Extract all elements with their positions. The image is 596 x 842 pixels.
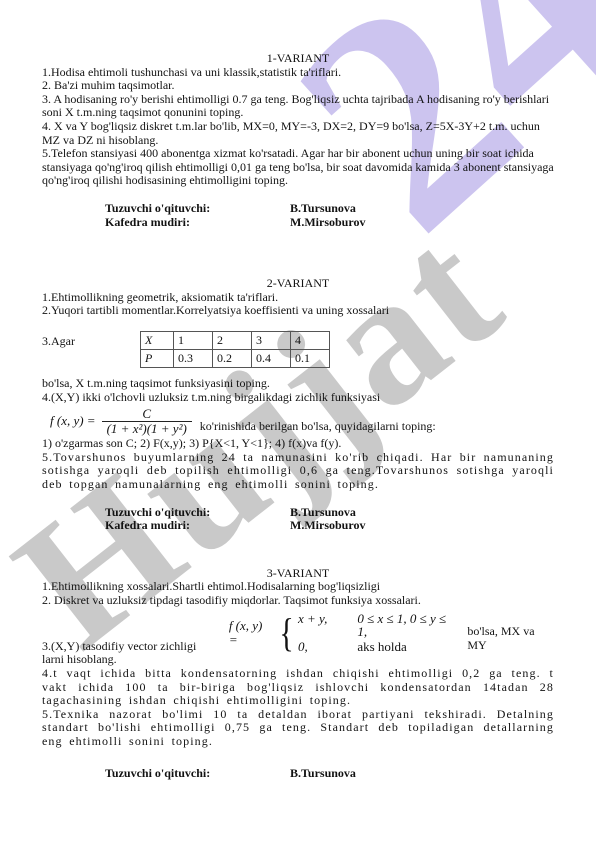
v2-item-5: 5.Tovarshunos buyumlarning 24 ta namunas… <box>42 451 554 492</box>
v2-item-4-list: 1) o'zgarmas son C; 2) F(x,y); 3) P{X<1,… <box>42 437 554 451</box>
piecewise-lhs: f (x, y) = <box>229 619 273 646</box>
v1-item-4: 4. X va Y bog'liqsiz diskret t.m.lar bo'… <box>42 120 554 147</box>
v1-signature-row-teacher: Tuzuvchi o'qituvchi: B.Tursunova <box>42 202 554 216</box>
case-1-condition: 0 ≤ x ≤ 1, 0 ≤ y ≤ 1, <box>357 612 453 639</box>
v2-item-3-suffix: bo'lsa, X t.m.ning taqsimot funksiyasini… <box>42 377 554 391</box>
variant-2-title: 2-VARIANT <box>42 277 554 291</box>
v1-teacher-name: B.Tursunova <box>290 202 356 216</box>
variant-2-section: 2-VARIANT 1.Ehtimollikning geometrik, ak… <box>42 277 554 533</box>
v1-signature-block: Tuzuvchi o'qituvchi: B.Tursunova Kafedra… <box>42 202 554 229</box>
v2-head-name: M.Mirsoburov <box>290 519 365 533</box>
curly-brace: { <box>279 615 293 651</box>
fraction-denominator: (1 + x²)(1 + y²) <box>102 421 192 436</box>
v2-item-4-intro: 4.(X,Y) ikki o'lchovli uzluksiz t.m.ning… <box>42 391 554 405</box>
v1-item-3: 3. A hodisaning ro'y berishi ehtimolligi… <box>42 93 554 120</box>
v2-item-4-after: ko'rinishida berilgan bo'lsa, quyidagila… <box>200 420 436 436</box>
v2-item-3-prefix: 3.Agar <box>42 331 100 349</box>
v2-item-1: 1.Ehtimollikning geometrik, aksiomatik t… <box>42 291 554 305</box>
table-cell: 0.4 <box>252 349 291 367</box>
v1-teacher-label: Tuzuvchi o'qituvchi: <box>105 202 290 216</box>
v3-item-4: 4.t vaqt ichida bitta kondensatorning is… <box>42 667 554 708</box>
v1-item-5: 5.Telefon stansiyasi 400 abonentga xizma… <box>42 147 554 188</box>
case-1-expression: x + y, <box>298 612 327 639</box>
v3-item-3-continuation: larni hisoblang. <box>42 653 554 667</box>
table-row-p: P 0.3 0.2 0.4 0.1 <box>141 349 330 367</box>
v3-signature-row-teacher: Tuzuvchi o'qituvchi: B.Tursunova <box>42 767 554 781</box>
v3-item-3-right: bo'lsa, MX va MY <box>467 625 554 653</box>
document-page: Hujjat 24 1-VARIANT 1.Hodisa ehtimoli tu… <box>0 0 596 842</box>
v1-item-1: 1.Hodisa ehtimoli tushunchasi va uni kla… <box>42 66 554 80</box>
v2-head-label: Kafedra mudiri: <box>105 519 290 533</box>
variant-3-section: 3-VARIANT 1.Ehtimollikning xossalari.Sha… <box>42 567 554 780</box>
v3-item-1: 1.Ehtimollikning xossalari.Shartli ehtim… <box>42 580 554 594</box>
table-cell: 0.3 <box>174 349 213 367</box>
v2-item-3: 3.Agar X 1 2 3 4 P 0.3 0.2 0.4 <box>42 331 554 368</box>
v3-item-3-left: 3.(X,Y) tasodifiy vector zichligi <box>42 640 229 654</box>
v1-item-2: 2. Ba'zi muhim taqsimotlar. <box>42 79 554 93</box>
table-cell: 3 <box>252 331 291 349</box>
v1-head-label: Kafedra mudiri: <box>105 216 290 230</box>
density-formula: f (x, y) = C (1 + x²)(1 + y²) <box>50 407 192 435</box>
piecewise-cases: x + y, 0 ≤ x ≤ 1, 0 ≤ y ≤ 1, 0, aks hold… <box>298 612 453 654</box>
v2-teacher-name: B.Tursunova <box>290 506 356 520</box>
case-2-condition: aks holda <box>357 640 453 654</box>
table-cell: P <box>141 349 174 367</box>
formula-lhs: f (x, y) = <box>50 414 96 428</box>
v3-item-3: 3.(X,Y) tasodifiy vector zichligi f (x, … <box>42 612 554 654</box>
fraction-numerator: C <box>142 407 151 421</box>
v2-signature-block: Tuzuvchi o'qituvchi: B.Tursunova Kafedra… <box>42 506 554 533</box>
table-cell: 2 <box>213 331 252 349</box>
v2-signature-row-teacher: Tuzuvchi o'qituvchi: B.Tursunova <box>42 506 554 520</box>
v1-signature-row-head: Kafedra mudiri: M.Mirsoburov <box>42 216 554 230</box>
fraction: C (1 + x²)(1 + y²) <box>102 407 192 435</box>
v3-item-2: 2. Diskret va uzluksiz tipdagi tasodifiy… <box>42 594 554 608</box>
table-cell: 0.2 <box>213 349 252 367</box>
case-2-expression: 0, <box>298 640 327 654</box>
variant-1-title: 1-VARIANT <box>42 52 554 66</box>
v2-item-2: 2.Yuqori tartibli momentlar.Korrelyatsiy… <box>42 304 554 318</box>
variant-3-title: 3-VARIANT <box>42 567 554 581</box>
v2-density-formula-row: f (x, y) = C (1 + x²)(1 + y²) ko'rinishi… <box>42 407 554 435</box>
table-cell: 0.1 <box>291 349 330 367</box>
table-cell: 4 <box>291 331 330 349</box>
v3-item-5: 5.Texnika nazorat bo'limi 10 ta detaldan… <box>42 708 554 749</box>
v2-teacher-label: Tuzuvchi o'qituvchi: <box>105 506 290 520</box>
distribution-table: X 1 2 3 4 P 0.3 0.2 0.4 0.1 <box>140 331 330 368</box>
document-content: 1-VARIANT 1.Hodisa ehtimoli tushunchasi … <box>0 0 596 842</box>
v3-teacher-name: B.Tursunova <box>290 767 356 781</box>
table-cell: X <box>141 331 174 349</box>
v3-teacher-label: Tuzuvchi o'qituvchi: <box>105 767 290 781</box>
table-row-x: X 1 2 3 4 <box>141 331 330 349</box>
piecewise-formula: f (x, y) = { x + y, 0 ≤ x ≤ 1, 0 ≤ y ≤ 1… <box>229 612 454 654</box>
v3-signature-block: Tuzuvchi o'qituvchi: B.Tursunova <box>42 767 554 781</box>
v1-head-name: M.Mirsoburov <box>290 216 365 230</box>
table-cell: 1 <box>174 331 213 349</box>
v2-signature-row-head: Kafedra mudiri: M.Mirsoburov <box>42 519 554 533</box>
variant-1-section: 1-VARIANT 1.Hodisa ehtimoli tushunchasi … <box>42 52 554 229</box>
